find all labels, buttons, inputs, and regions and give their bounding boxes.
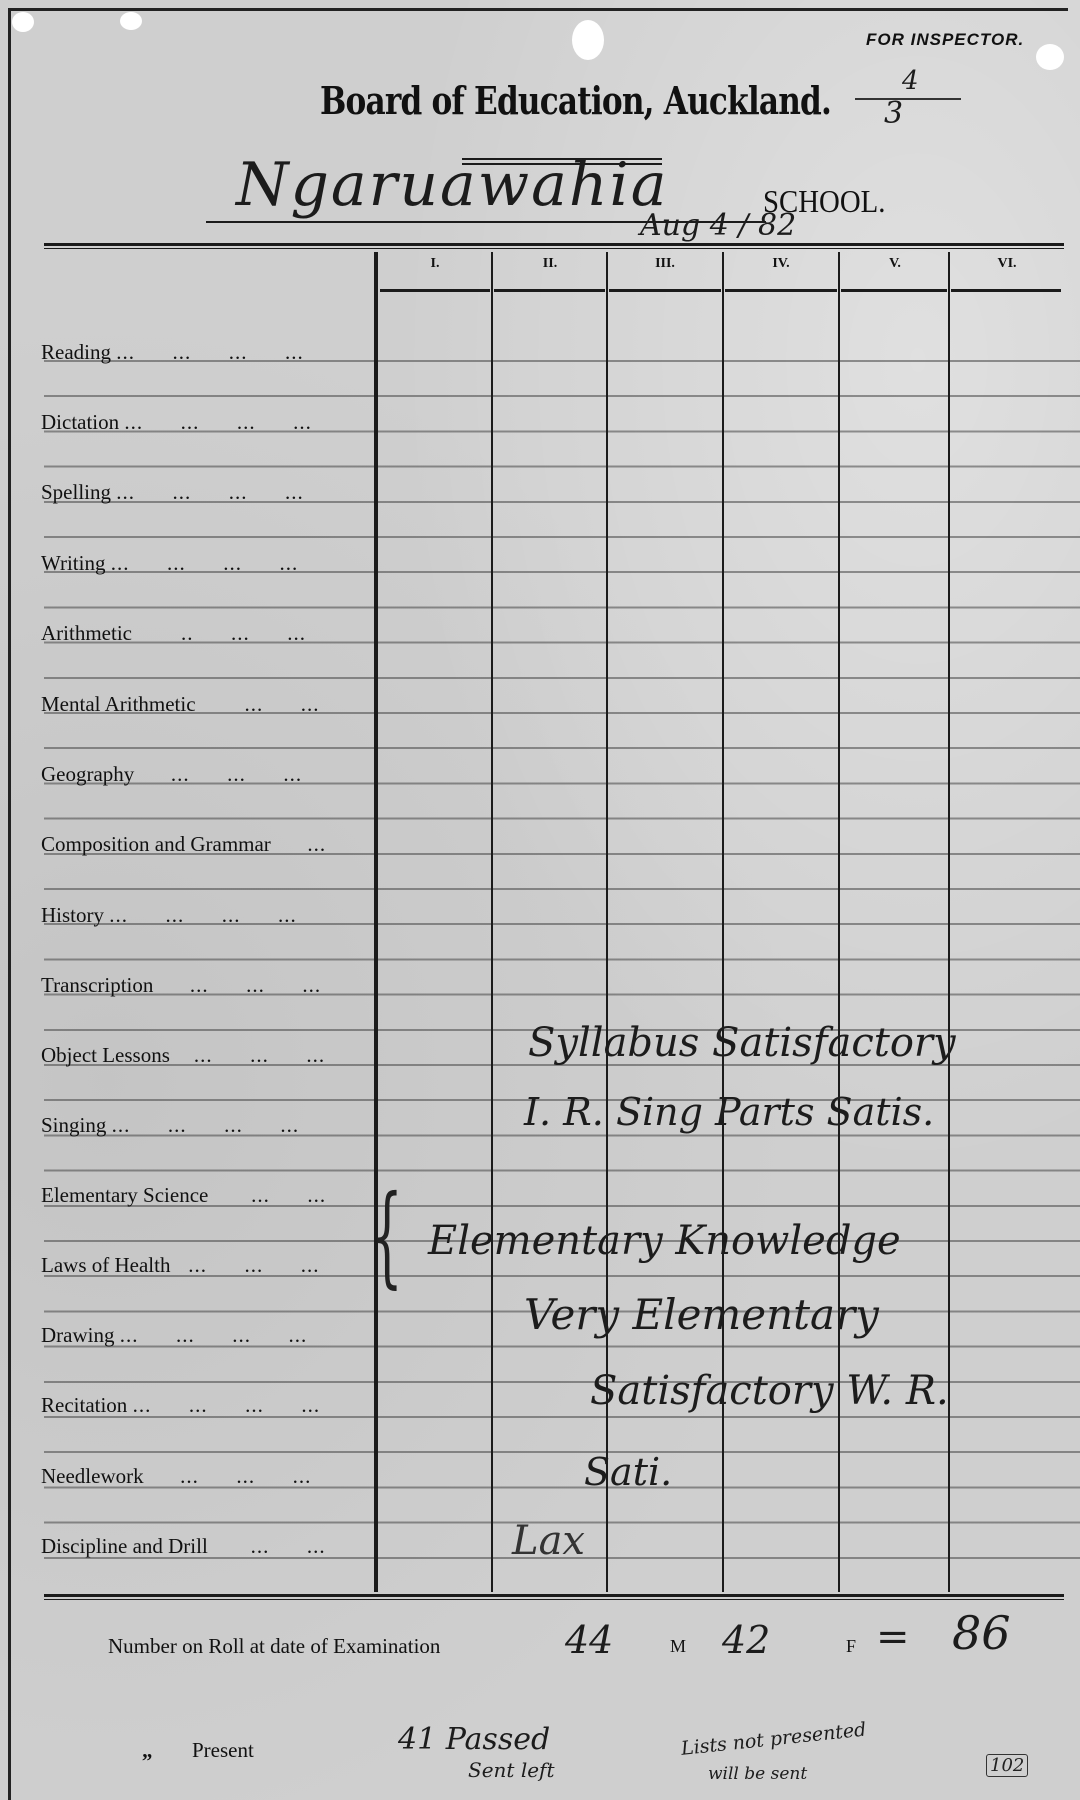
subject-row: Recitation ... ... ... ... bbox=[41, 1393, 371, 1418]
column-header-standard-5: V. bbox=[840, 256, 950, 272]
subject-label: Discipline and Drill bbox=[41, 1534, 208, 1558]
fraction-numerator: 4 bbox=[902, 66, 919, 96]
remark-science-health: Elementary Knowledge bbox=[428, 1218, 901, 1264]
punch-hole bbox=[1036, 44, 1064, 70]
leader-dots: ... ... ... ... bbox=[124, 410, 312, 434]
header-thin-rule bbox=[44, 248, 1064, 249]
page-left-edge bbox=[8, 8, 11, 1800]
subject-row: Arithmetic .. ... ... bbox=[41, 621, 371, 646]
leader-dots: .. ... ... bbox=[137, 621, 306, 645]
page-top-edge bbox=[8, 8, 1068, 11]
subject-label: Arithmetic bbox=[41, 621, 132, 645]
fraction-line bbox=[855, 98, 961, 100]
header-heavy-rule bbox=[44, 243, 1064, 246]
leader-dots: ... ... ... ... bbox=[116, 480, 304, 504]
table-bottom-heavy-rule bbox=[44, 1594, 1064, 1597]
male-count: 44 bbox=[565, 1618, 613, 1662]
present-note-will-be-sent: will be sent bbox=[708, 1764, 807, 1784]
subject-row: Composition and Grammar ... bbox=[41, 832, 371, 857]
leader-dots: ... bbox=[276, 832, 326, 856]
subject-row: Dictation ... ... ... ... bbox=[41, 410, 371, 435]
column-header-standard-4: IV. bbox=[726, 256, 836, 272]
leader-dots: ... ... ... bbox=[149, 1464, 312, 1488]
remark-needlework: Sati. bbox=[584, 1450, 672, 1494]
present-note-lists: Lists not presented bbox=[680, 1719, 867, 1760]
leader-dots: ... ... bbox=[201, 692, 320, 716]
subject-label: Recitation bbox=[41, 1393, 127, 1417]
subject-label: Elementary Science bbox=[41, 1183, 208, 1207]
roll-total: 86 bbox=[952, 1606, 1011, 1660]
leader-dots: ... ... bbox=[214, 1183, 327, 1207]
ditto-mark: „ bbox=[142, 1738, 153, 1763]
subject-row: Object Lessons ... ... ... bbox=[41, 1043, 371, 1068]
column-header-underline bbox=[494, 289, 605, 292]
subject-row: Writing ... ... ... ... bbox=[41, 551, 371, 576]
handwritten-brace: { bbox=[371, 1180, 403, 1290]
roll-label: Number on Roll at date of Examination bbox=[108, 1634, 440, 1659]
leader-dots: ... ... ... bbox=[176, 1253, 320, 1277]
leader-dots: ... ... ... bbox=[140, 762, 303, 786]
inspector-stamp: FOR INSPECTOR. bbox=[866, 30, 1024, 50]
board-title: Board of Education, Auckland. bbox=[320, 78, 831, 123]
leader-dots: ... ... ... ... bbox=[112, 1113, 300, 1137]
subject-label: Reading bbox=[41, 340, 111, 364]
subject-row: Singing ... ... ... ... bbox=[41, 1113, 371, 1138]
fraction-denominator: 3 bbox=[884, 96, 903, 131]
column-header-standard-3: III. bbox=[610, 256, 720, 272]
subject-label: Needlework bbox=[41, 1464, 144, 1488]
subject-label: Dictation bbox=[41, 410, 119, 434]
leader-dots: ... ... ... ... bbox=[109, 903, 297, 927]
subject-label: Mental Arithmetic bbox=[41, 692, 196, 716]
punch-hole bbox=[12, 12, 34, 32]
punch-hole bbox=[572, 20, 604, 60]
subject-row: Transcription ... ... ... bbox=[41, 973, 371, 998]
subject-label: Spelling bbox=[41, 480, 111, 504]
subject-label: Laws of Health bbox=[41, 1253, 170, 1277]
school-name: Ngaruawahia bbox=[236, 150, 669, 220]
column-header-standard-1: I. bbox=[380, 256, 490, 272]
leader-dots: ... ... ... bbox=[159, 973, 322, 997]
remark-discipline: Lax bbox=[512, 1518, 585, 1564]
subject-row: Mental Arithmetic ... ... bbox=[41, 692, 371, 717]
leader-dots: ... ... bbox=[213, 1534, 326, 1558]
subject-row: Needlework ... ... ... bbox=[41, 1464, 371, 1489]
column-header-standard-6: VI. bbox=[952, 256, 1062, 272]
column-header-underline bbox=[380, 289, 490, 292]
column-header-underline bbox=[609, 289, 721, 292]
subject-row: Elementary Science ... ... bbox=[41, 1183, 371, 1208]
punch-hole bbox=[120, 12, 142, 30]
subject-label: Geography bbox=[41, 762, 134, 786]
present-label: Present bbox=[192, 1738, 254, 1763]
remark-recitation: Satisfactory W. R. bbox=[590, 1368, 949, 1414]
subject-label: Transcription bbox=[41, 973, 153, 997]
subject-label: Composition and Grammar bbox=[41, 832, 271, 856]
column-header-underline bbox=[725, 289, 837, 292]
reference-number: 102 bbox=[986, 1754, 1028, 1777]
subject-row: History ... ... ... ... bbox=[41, 903, 371, 928]
subject-label: Drawing bbox=[41, 1323, 114, 1347]
subject-label: Object Lessons bbox=[41, 1043, 170, 1067]
subject-row: Laws of Health ... ... ... bbox=[41, 1253, 371, 1278]
table-bottom-thin-rule bbox=[44, 1599, 1064, 1600]
present-note-passed: 41 Passed bbox=[398, 1722, 550, 1757]
exam-date: Aug 4 / 82 bbox=[640, 208, 796, 243]
column-header-standard-2: II. bbox=[495, 256, 605, 272]
remark-drawing: Very Elementary bbox=[524, 1290, 879, 1339]
leader-dots: ... ... ... ... bbox=[120, 1323, 308, 1347]
scanned-form-page: FOR INSPECTOR. Board of Education, Auckl… bbox=[0, 0, 1080, 1800]
leader-dots: ... ... ... bbox=[175, 1043, 325, 1067]
column-header-underline bbox=[951, 289, 1061, 292]
subject-label: History bbox=[41, 903, 104, 927]
leader-dots: ... ... ... ... bbox=[111, 551, 299, 575]
column-divider bbox=[491, 252, 493, 1592]
subject-label: Singing bbox=[41, 1113, 106, 1137]
female-count: 42 bbox=[722, 1618, 770, 1662]
subject-row: Spelling ... ... ... ... bbox=[41, 480, 371, 505]
subject-row: Geography ... ... ... bbox=[41, 762, 371, 787]
female-label: F bbox=[846, 1636, 856, 1657]
equals-sign: = bbox=[876, 1614, 910, 1660]
present-note-sent-left: Sent left bbox=[468, 1758, 554, 1782]
male-label: M bbox=[670, 1636, 686, 1657]
subject-label: Writing bbox=[41, 551, 105, 575]
column-header-underline bbox=[841, 289, 947, 292]
subject-column-divider bbox=[374, 252, 378, 1592]
remark-singing: I. R. Sing Parts Satis. bbox=[524, 1090, 934, 1134]
leader-dots: ... ... ... ... bbox=[116, 340, 304, 364]
remark-object-lessons: Syllabus Satisfactory bbox=[528, 1020, 956, 1066]
subject-row: Discipline and Drill ... ... bbox=[41, 1534, 371, 1559]
leader-dots: ... ... ... ... bbox=[133, 1393, 321, 1417]
subject-row: Reading ... ... ... ... bbox=[41, 340, 371, 365]
subject-row: Drawing ... ... ... ... bbox=[41, 1323, 371, 1348]
